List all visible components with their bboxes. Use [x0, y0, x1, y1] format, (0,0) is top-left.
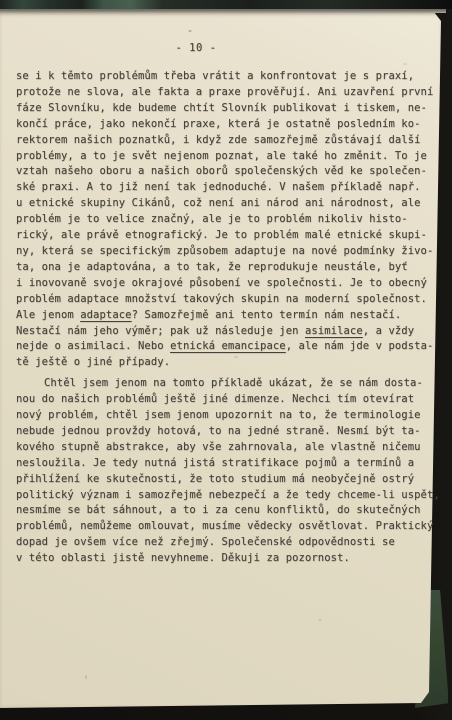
text-line: politický význam i samozřejmě nebezpečí …	[16, 488, 434, 504]
text-segment: Chtěl jsem jenom na tomto příkladě ukáza…	[44, 377, 423, 389]
page-number: - 10 -	[0, 41, 392, 56]
text-line: dopad je ovšem více než zřejmý. Společen…	[16, 535, 434, 551]
text-line: problém je to velice značný, ale je to p…	[16, 212, 434, 228]
text-segment: politický význam i samozřejmě nebezpečí …	[16, 489, 440, 501]
text-segment: přihlížení ke skutečnosti, že toto studi…	[16, 473, 414, 485]
text-segment: , ale nám jde v podsta-	[286, 340, 434, 352]
text-line: kového stupně abstrakce, aby vše zahrnov…	[16, 440, 434, 456]
document-text: se i k těmto problémům třeba vrátit a ko…	[16, 69, 434, 567]
text-line: i inovovaně svoje okrajové působení ve s…	[16, 276, 434, 292]
text-line: Chtěl jsem jenom na tomto příkladě ukáza…	[16, 376, 434, 392]
text-segment: fáze Slovníku, kde budeme chtít Slovník …	[16, 102, 427, 114]
underlined-term: etnická emancipace	[170, 340, 286, 352]
text-line: nesmíme se bát sáhnout, a to i za cenu k…	[16, 503, 434, 519]
text-line: vztah našeho oboru a našich oborů společ…	[16, 164, 434, 180]
text-segment: i inovovaně svoje okrajové působení ve s…	[16, 277, 427, 289]
text-segment: ny, která se specifickým způsobem adaptu…	[16, 245, 433, 257]
text-segment: nejde o asimilaci. Nebo	[16, 340, 170, 352]
text-segment: problém adaptace množství takových skupi…	[16, 293, 427, 305]
text-segment: ? Samozřejmě ani tento termín nám nestač…	[132, 309, 402, 321]
underlined-term: asimilace	[305, 325, 363, 337]
text-line: tě ještě o jiné případy.	[16, 355, 434, 371]
text-line: ské praxi. A to již není tak jednoduché.…	[16, 180, 434, 196]
text-line: problémů, nemůžeme omlouvat, musíme věde…	[16, 519, 434, 535]
text-line: rektorem našich poznatků, i když zde sam…	[16, 133, 434, 149]
text-segment: rický, ale právě etnografický. Je to pro…	[16, 229, 427, 241]
text-line: problémy, a to je svět nejenom poznat, a…	[16, 149, 434, 165]
text-segment: vztah našeho oboru a našich oborů společ…	[16, 165, 427, 177]
text-line: protože ne slova, ale fakta a praxe prov…	[16, 85, 434, 101]
text-line: nesloužila. Je tedy nutná jistá stratifi…	[16, 456, 434, 472]
text-segment: nesmíme se bát sáhnout, a to i za cenu k…	[16, 504, 421, 516]
text-segment: , a vždy	[363, 325, 414, 337]
text-line: přihlížení ke skutečnosti, že toto studi…	[16, 472, 434, 488]
text-line: fáze Slovníku, kde budeme chtít Slovník …	[16, 101, 434, 117]
text-line: ta, ona je adaptována, a to tak, že repr…	[16, 260, 434, 276]
page-edge-highlight	[0, 9, 446, 13]
text-line: rický, ale právě etnografický. Je to pro…	[16, 228, 434, 244]
text-segment: rektorem našich poznatků, i když zde sam…	[16, 134, 421, 146]
text-segment: problémy, a to je svět nejenom poznat, a…	[16, 150, 427, 162]
text-line: nejde o asimilaci. Nebo etnická emancipa…	[16, 339, 434, 355]
text-line: problém adaptace množství takových skupi…	[16, 292, 434, 308]
text-line: Nestačí nám jeho výměr; pak už následuje…	[16, 324, 434, 340]
paragraph: Chtěl jsem jenom na tomto příkladě ukáza…	[16, 376, 434, 567]
text-segment: Nestačí nám jeho výměr; pak už následuje…	[16, 325, 305, 337]
text-line: nou do našich problémů ještě jiné dimenz…	[16, 392, 434, 408]
text-segment: nebude jednou provždy hotová, to na jedn…	[16, 425, 421, 437]
scanned-page-photo: - 10 - se i k těmto problémům třeba vrát…	[0, 0, 452, 720]
paragraph: se i k těmto problémům třeba vrátit a ko…	[16, 69, 434, 371]
text-segment: dopad je ovšem více než zřejmý. Společen…	[16, 536, 395, 548]
text-line: končí práce, jako nekončí praxe, která j…	[16, 117, 434, 133]
text-segment: tě ještě o jiné případy.	[16, 356, 170, 368]
text-segment: Ale jenom	[16, 309, 80, 321]
text-line: v této oblasti jistě nevyhneme. Děkuji z…	[16, 551, 434, 567]
text-segment: ské praxi. A to již není tak jednoduché.…	[16, 181, 421, 193]
text-segment: problémů, nemůžeme omlouvat, musíme věde…	[16, 520, 433, 532]
book-top-edge	[0, 0, 452, 9]
text-segment: v této oblasti jistě nevyhneme. Děkuji z…	[16, 552, 350, 564]
text-line: u etnické skupiny Cikánů, což není ani n…	[16, 196, 434, 212]
text-segment: nesloužila. Je tedy nutná jistá stratifi…	[16, 457, 414, 469]
text-line: nový problém, chtěl jsem jenom upozornit…	[16, 408, 434, 424]
text-segment: nou do našich problémů ještě jiné dimenz…	[16, 393, 414, 405]
text-line: Ale jenom adaptace? Samozřejmě ani tento…	[16, 308, 434, 324]
text-segment: protože ne slova, ale fakta a praxe prov…	[16, 86, 433, 98]
text-line: se i k těmto problémům třeba vrátit a ko…	[16, 69, 434, 85]
text-segment: nový problém, chtěl jsem jenom upozornit…	[16, 409, 421, 421]
text-segment: končí práce, jako nekončí praxe, která j…	[16, 118, 421, 130]
text-line: nebude jednou provždy hotová, to na jedn…	[16, 424, 434, 440]
text-segment: se i k těmto problémům třeba vrátit a ko…	[16, 70, 414, 82]
text-segment: kového stupně abstrakce, aby vše zahrnov…	[16, 441, 421, 453]
text-line: ny, která se specifickým způsobem adaptu…	[16, 244, 434, 260]
underlined-term: adaptace	[80, 309, 131, 321]
text-segment: u etnické skupiny Cikánů, což není ani n…	[16, 197, 421, 209]
text-segment: ta, ona je adaptována, a to tak, že repr…	[16, 261, 408, 273]
text-segment: problém je to velice značný, ale je to p…	[16, 213, 408, 225]
